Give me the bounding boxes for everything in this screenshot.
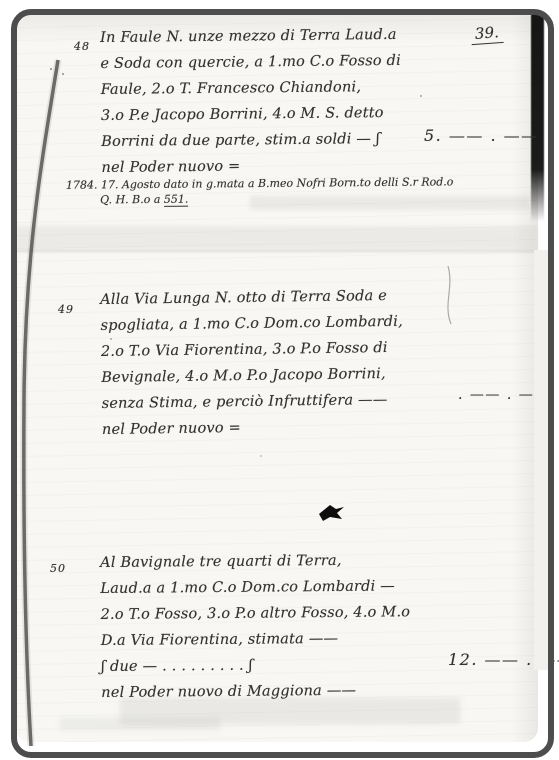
entry-line: Al Bavignale tre quarti di Terra, — [100, 547, 410, 576]
entry-line: 2.o T.o Fosso, 3.o P.o altro Fosso, 4.o … — [100, 599, 410, 628]
entry-48-registration-note: 1784. 17. Agosto dato in g.mata a B.meo … — [66, 174, 454, 207]
ink-blot — [319, 505, 344, 521]
scan-background-strip — [531, 12, 544, 222]
entry-number-48: 48 — [74, 40, 90, 53]
manuscript-scan: 39. 48 In Faule N. unze mezzo di Terra L… — [0, 0, 559, 760]
entry-number-49: 49 — [58, 303, 74, 316]
entry-line: D.a Via Fiorentina, stimata —— — [101, 625, 411, 654]
entry-line: 3.o P.e Jacopo Borrini, 4.o M. S. detto — [101, 100, 402, 129]
frame-fade — [534, 250, 548, 670]
entry-line: e Soda con quercie, a 1.mo C.o Fosso di — [100, 48, 401, 77]
note-reference-number: 551. — [164, 193, 189, 207]
entry-line: Borrini da due parte, stim.a soldi — ʃ — [101, 126, 402, 155]
entry-line: nel Poder nuovo di Maggiona —— — [101, 677, 411, 706]
entry-line: In Faule N. unze mezzo di Terra Laud.a — [100, 22, 401, 51]
pen-squiggle — [448, 266, 451, 324]
entry-48-margin-value: 5. —— . —— — [424, 126, 539, 145]
ink-speck — [260, 455, 262, 457]
entry-line: ʃ due — . . . . . . . . . ʃ — [101, 651, 411, 680]
entry-line: nel Poder nuovo = — [102, 413, 405, 443]
page-fold-shadow — [24, 60, 58, 746]
note-line: Q. H. B.o a — [100, 193, 164, 207]
entry-line: Faule, 2.o T. Francesco Chiandoni, — [101, 74, 402, 103]
entry-number-50: 50 — [50, 562, 66, 575]
page-number: 39. — [470, 23, 503, 45]
ink-speck — [62, 73, 64, 75]
ink-speck — [110, 338, 112, 340]
entry-line: Laud.a a 1.mo C.o Dom.co Lombardi — — [100, 573, 410, 602]
entry-line: senza Stima, e perciò Infruttifera —— — [101, 387, 404, 417]
entry-49-text: Alla Via Lunga N. otto di Terra Soda e s… — [100, 283, 404, 443]
entry-48-text: In Faule N. unze mezzo di Terra Laud.a e… — [100, 22, 402, 181]
ink-speck — [420, 95, 422, 97]
ink-speck — [50, 68, 52, 70]
entry-50-text: Al Bavignale tre quarti di Terra, Laud.a… — [100, 547, 411, 706]
ink-speck — [190, 346, 192, 348]
